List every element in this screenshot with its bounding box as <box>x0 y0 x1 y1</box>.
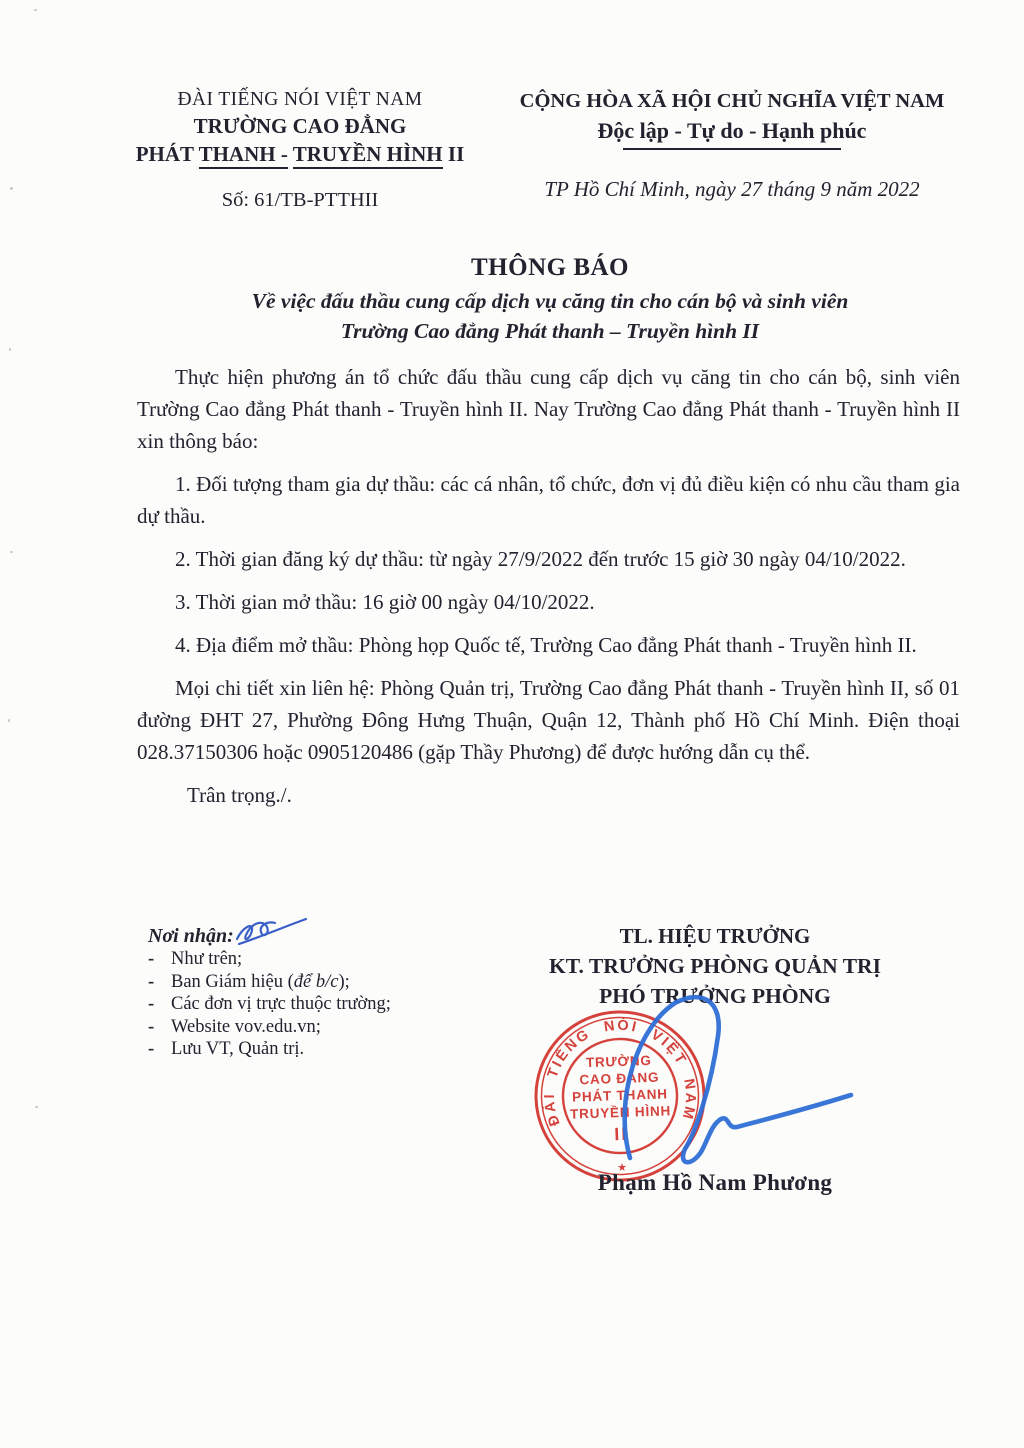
body-paragraph-item2: 2. Thời gian đăng ký dự thầu: từ ngày 27… <box>137 543 960 575</box>
motto-underline <box>623 148 841 150</box>
scan-speck <box>34 9 37 11</box>
org-name-line2-pre: PHÁT <box>136 142 194 166</box>
issuing-org-block: ĐÀI TIẾNG NÓI VIỆT NAM TRƯỜNG CAO ĐẲNG P… <box>100 86 500 212</box>
national-motto: Độc lập - Tự do - Hạnh phúc <box>497 116 967 145</box>
recipient-item: - Ban Giám hiệu (để b/c); <box>148 971 493 994</box>
body-paragraph-intro: Thực hiện phương án tổ chức đấu thầu cun… <box>137 361 960 457</box>
closing-salutation: Trân trọng./. <box>137 779 960 811</box>
scan-speck <box>9 348 11 351</box>
place-date-line: TP Hồ Chí Minh, ngày 27 tháng 9 năm 2022 <box>497 177 967 202</box>
title-block: THÔNG BÁO Về việc đấu thầu cung cấp dịch… <box>139 251 961 346</box>
document-number: Số: 61/TB-PTTHII <box>100 189 500 212</box>
recipient-item: - Các đơn vị trực thuộc trường; <box>148 993 493 1016</box>
national-title: CỘNG HÒA XÃ HỘI CHỦ NGHĨA VIỆT NAM <box>497 88 967 114</box>
org-name-line2: PHÁT THANH - TRUYỀN HÌNH II <box>100 140 500 169</box>
signer-name: Phạm Hồ Nam Phương <box>490 1170 940 1196</box>
scan-speck <box>35 1106 38 1108</box>
org-name-line1: TRƯỜNG CAO ĐẲNG <box>100 113 500 140</box>
recipients-list: - Như trên; - Ban Giám hiệu (để b/c); - … <box>148 948 493 1061</box>
recipients-block: Nơi nhận: - Như trên; - Ban Giám hiệu (đ… <box>148 914 493 1061</box>
org-name-underlined-1: THANH - <box>199 142 288 169</box>
recipient-item: - Như trên; <box>148 948 493 971</box>
handwritten-signature <box>515 986 855 1181</box>
org-name-underlined-2: TRUYỀN HÌNH <box>293 142 443 169</box>
national-motto-block: CỘNG HÒA XÃ HỘI CHỦ NGHĨA VIỆT NAM Độc l… <box>497 88 967 202</box>
body-paragraph-item1: 1. Đối tượng tham gia dự thầu: các cá nh… <box>137 468 960 532</box>
document-page: ĐÀI TIẾNG NÓI VIỆT NAM TRƯỜNG CAO ĐẲNG P… <box>0 0 1024 1448</box>
document-title: THÔNG BÁO <box>139 251 961 284</box>
signer-department-line: KT. TRƯỞNG PHÒNG QUẢN TRỊ <box>490 951 940 981</box>
scan-speck <box>10 551 13 553</box>
parent-org-name: ĐÀI TIẾNG NÓI VIỆT NAM <box>100 86 500 113</box>
body-paragraph-item4: 4. Địa điểm mở thầu: Phòng họp Quốc tế, … <box>137 629 960 661</box>
handwritten-paraph-scribble <box>232 914 310 948</box>
recipient-item: - Lưu VT, Quản trị. <box>148 1038 493 1061</box>
signature-block: TL. HIỆU TRƯỞNG KT. TRƯỞNG PHÒNG QUẢN TR… <box>490 922 940 1212</box>
document-subtitle-line2: Trường Cao đẳng Phát thanh – Truyền hình… <box>139 316 961 346</box>
document-subtitle-line1: Về việc đấu thầu cung cấp dịch vụ căng t… <box>139 286 961 316</box>
scan-speck <box>10 187 13 190</box>
scan-speck <box>8 719 10 722</box>
recipient-item: - Website vov.edu.vn; <box>148 1016 493 1039</box>
org-name-line2-post: II <box>448 142 464 166</box>
signer-authority-line: TL. HIỆU TRƯỞNG <box>490 922 940 951</box>
recipients-label: Nơi nhận: <box>148 925 234 947</box>
document-body: Thực hiện phương án tổ chức đấu thầu cun… <box>137 361 960 822</box>
body-paragraph-item3: 3. Thời gian mở thầu: 16 giờ 00 ngày 04/… <box>137 586 960 618</box>
recipients-label-row: Nơi nhận: <box>148 914 493 944</box>
body-paragraph-contact: Mọi chi tiết xin liên hệ: Phòng Quản trị… <box>137 672 960 768</box>
